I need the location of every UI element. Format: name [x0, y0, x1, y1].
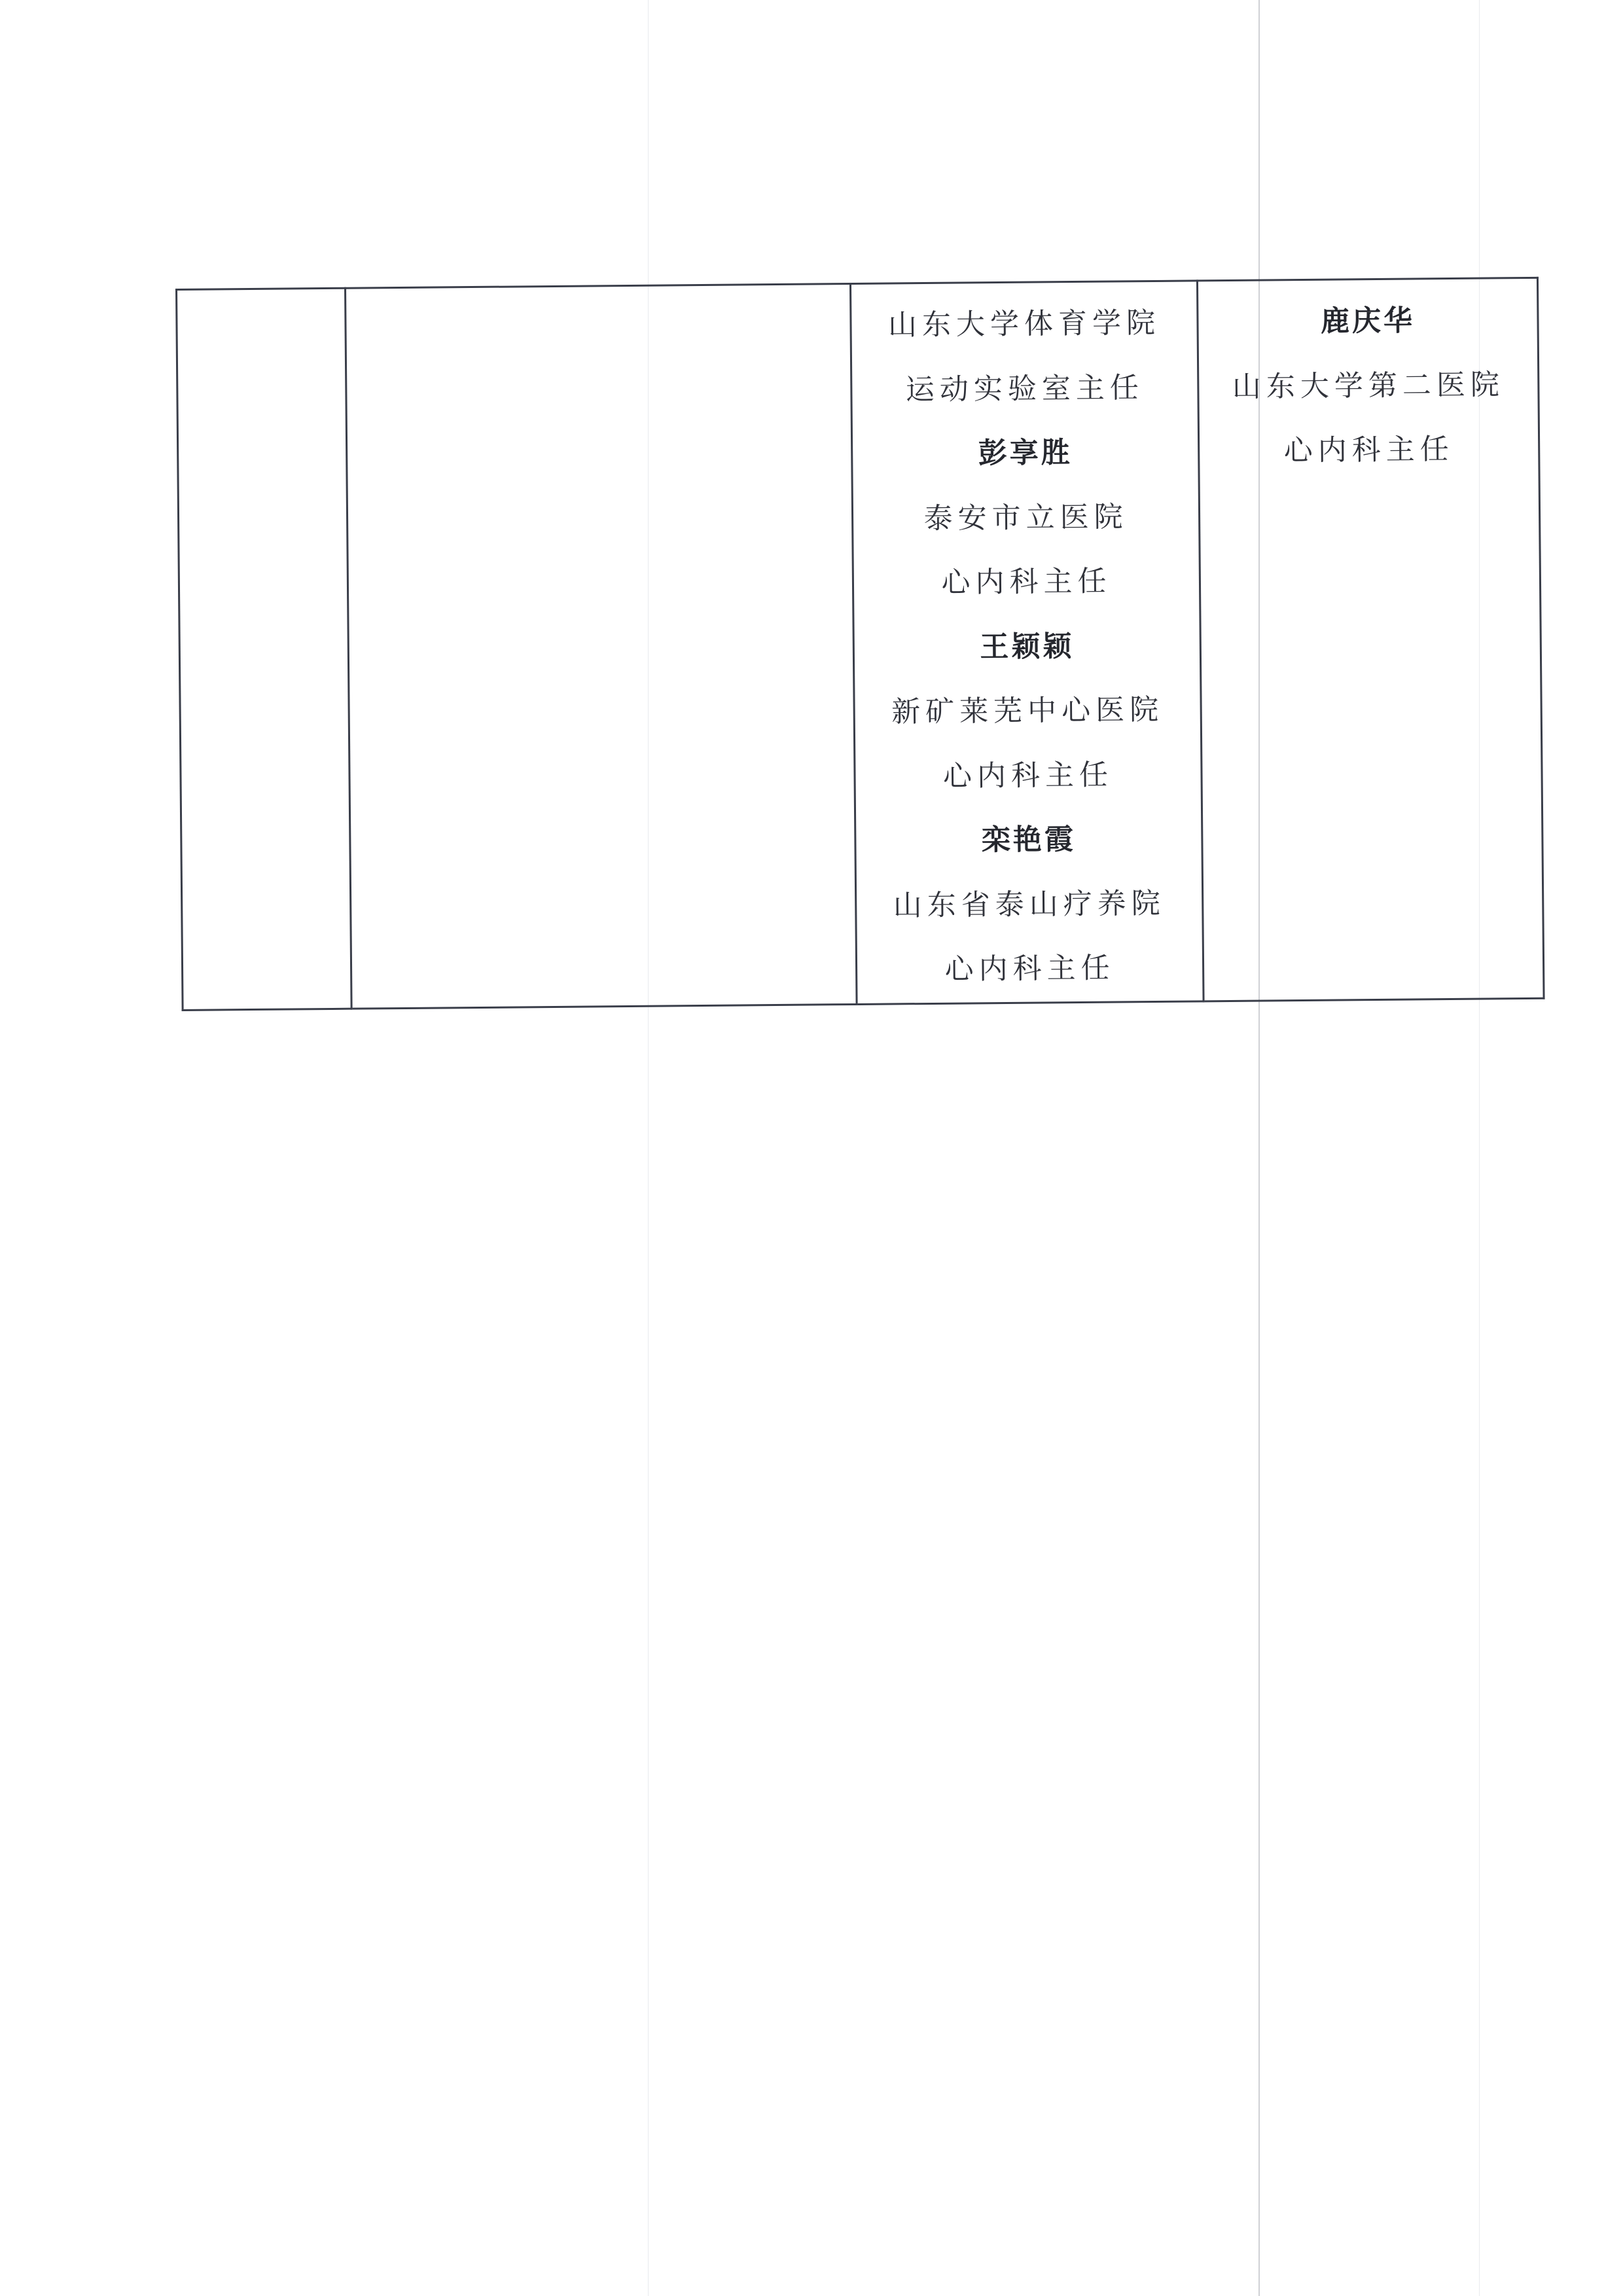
leader-list: 鹿庆华 山东大学第二医院 心内科主任 — [1198, 279, 1539, 484]
cell-col4: 鹿庆华 山东大学第二医院 心内科主任 — [1197, 278, 1544, 1001]
person-name: 彭享胜 — [978, 421, 1073, 486]
table-container: 山东大学体育学院 运动实验室主任 彭享胜 泰安市立医院 心内科主任 王颖颖 新矿… — [175, 277, 1543, 1011]
title-text: 心内科主任 — [943, 743, 1114, 809]
person-name: 王颖颖 — [980, 615, 1075, 680]
person-name: 栾艳霞 — [981, 808, 1076, 873]
cell-col3: 山东大学体育学院 运动实验室主任 彭享胜 泰安市立医院 心内科主任 王颖颖 新矿… — [850, 281, 1204, 1004]
title-text: 心内科主任 — [1283, 418, 1454, 484]
affiliation-text: 山东大学体育学院 — [888, 291, 1161, 358]
table-row: 山东大学体育学院 运动实验室主任 彭享胜 泰安市立医院 心内科主任 王颖颖 新矿… — [177, 278, 1544, 1010]
experts-list: 山东大学体育学院 运动实验室主任 彭享胜 泰安市立医院 心内科主任 王颖颖 新矿… — [851, 281, 1203, 1003]
title-text: 心内科主任 — [944, 937, 1115, 1003]
affiliation-text: 山东省泰山疗养院 — [893, 871, 1166, 938]
cell-col2 — [346, 283, 857, 1008]
title-text: 心内科主任 — [941, 550, 1112, 616]
roster-table: 山东大学体育学院 运动实验室主任 彭享胜 泰安市立医院 心内科主任 王颖颖 新矿… — [175, 277, 1545, 1011]
affiliation-text: 山东大学第二医院 — [1232, 353, 1505, 420]
affiliation-text: 新矿莱芜中心医院 — [891, 678, 1164, 745]
affiliation-text: 泰安市立医院 — [923, 485, 1128, 551]
person-name: 鹿庆华 — [1321, 289, 1416, 354]
title-text: 运动实验室主任 — [905, 356, 1144, 423]
cell-col1 — [177, 288, 352, 1010]
